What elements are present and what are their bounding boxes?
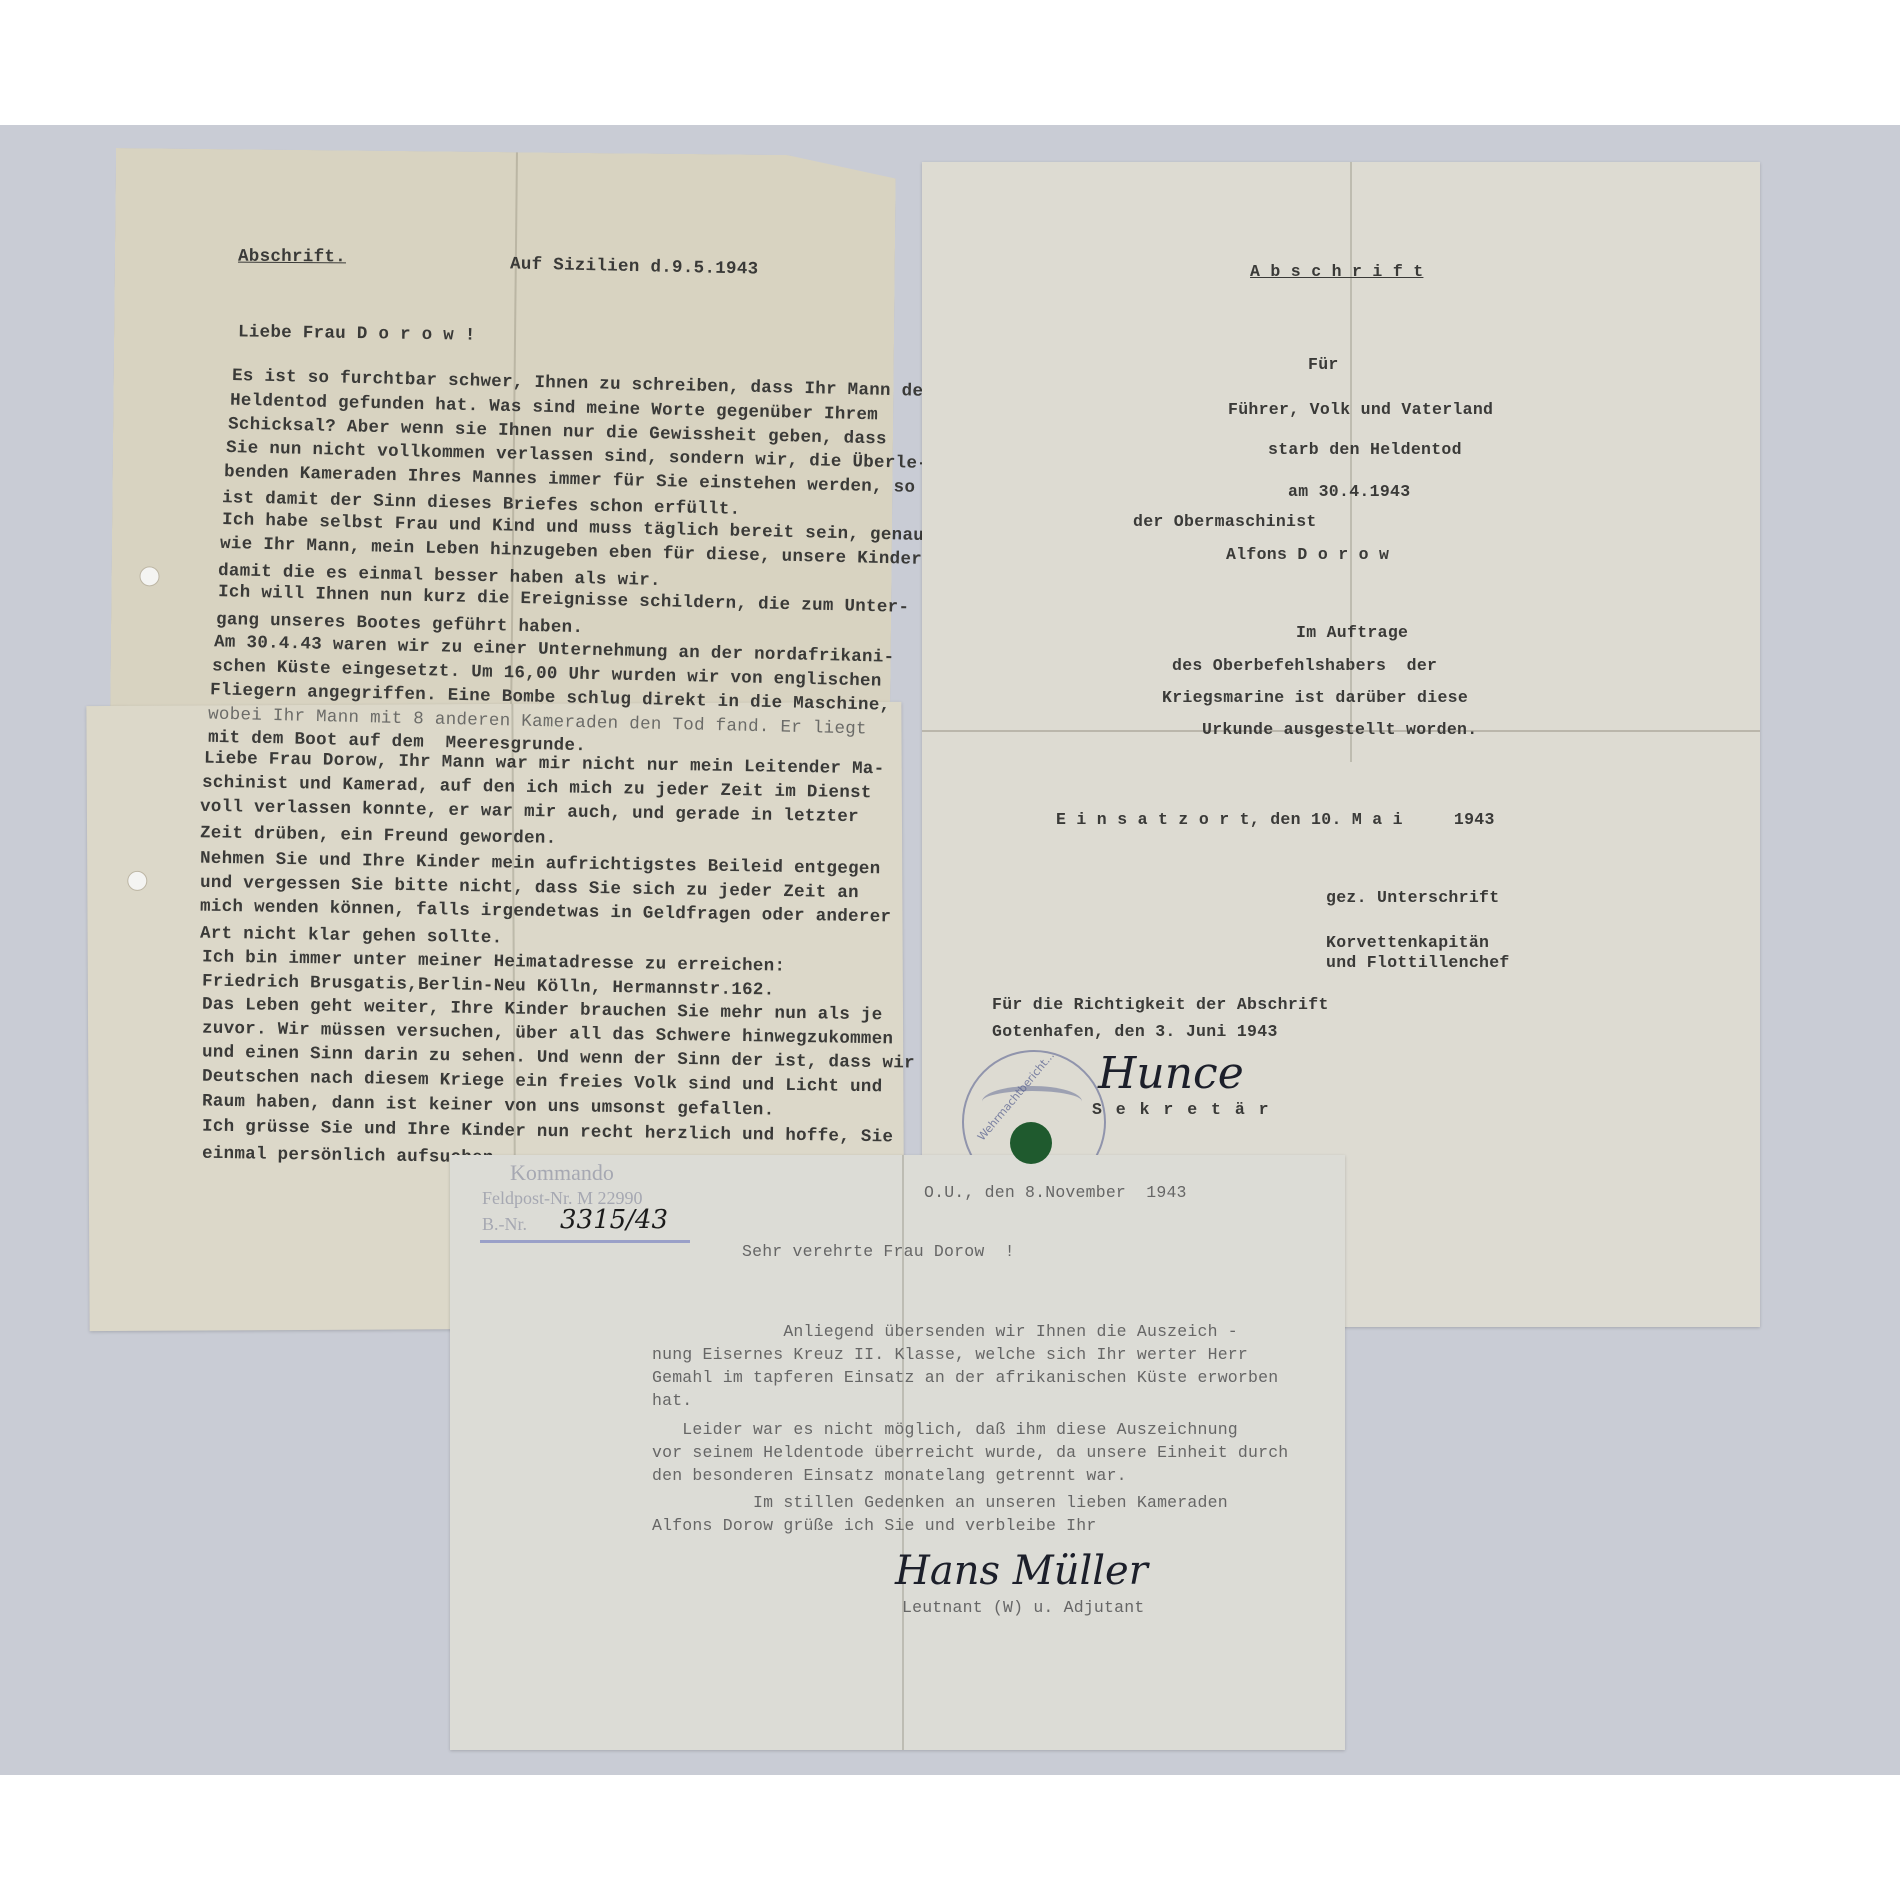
certificate-line: Für	[1308, 355, 1339, 374]
certificate-signer-rank: und Flottillenchef	[1326, 953, 1510, 972]
award-letter-place-date: O.U., den 8.November 1943	[924, 1183, 1187, 1202]
handwritten-signature: Hunce	[1098, 1048, 1244, 1099]
certificate-line: Führer, Volk und Vaterland	[1228, 400, 1493, 419]
award-letter-line: Im stillen Gedenken an unseren lieben Ka…	[652, 1493, 1228, 1512]
certificate-date-of-death: am 30.4.1943	[1288, 482, 1410, 501]
letter-line: Zeit drüben, ein Freund geworden.	[200, 821, 557, 851]
certificate-commission-line: Im Auftrage	[1296, 623, 1408, 642]
letter-heading: Abschrift.	[238, 245, 346, 270]
award-letter-line: Gemahl im tapferen Einsatz an der afrika…	[652, 1368, 1278, 1387]
award-letter-line: hat.	[652, 1391, 692, 1410]
award-letter-signer-title: Leutnant (W) u. Adjutant	[902, 1598, 1144, 1617]
certificate-signer-rank: Korvettenkapitän	[1326, 933, 1489, 952]
certificate-line: starb den Heldentod	[1268, 440, 1462, 459]
award-letter-line: nung Eisernes Kreuz II. Klasse, welche s…	[652, 1345, 1248, 1364]
reference-stamp-line: Kommando	[510, 1160, 614, 1186]
certificate-rank: der Obermaschinist	[1133, 512, 1317, 531]
certificate-place-date: E i n s a t z o r t, den 10. M a i 1943	[1056, 810, 1495, 829]
reference-stamp-line: B.-Nr.	[482, 1214, 527, 1235]
certificate-heading: A b s c h r i f t	[1250, 262, 1423, 281]
certificate-signature-note: gez. Unterschrift	[1326, 888, 1499, 907]
green-seal-dot	[1010, 1122, 1052, 1164]
award-letter-line: Leider war es nicht möglich, daß ihm die…	[652, 1420, 1238, 1439]
certificate-verification: Gotenhafen, den 3. Juni 1943	[992, 1022, 1278, 1041]
certificate-commission-line: Kriegsmarine ist darüber diese	[1162, 688, 1468, 707]
award-letter-line: Anliegend übersenden wir Ihnen die Ausze…	[652, 1322, 1238, 1341]
letter-place-date: Auf Sizilien d.9.5.1943	[510, 252, 759, 281]
certificate-commission-line: Urkunde ausgestellt worden.	[1202, 720, 1477, 739]
award-letter-salutation: Sehr verehrte Frau Dorow !	[742, 1242, 1015, 1261]
award-letter-line: den besonderen Einsatz monatelang getren…	[652, 1466, 1127, 1485]
handwritten-reference-number: 3315/43	[560, 1205, 668, 1235]
certificate-verification: Für die Richtigkeit der Abschrift	[992, 995, 1329, 1014]
certificate-signer-title: S e k r e t ä r	[1092, 1100, 1271, 1119]
letter-salutation: Liebe Frau D o r o w !	[238, 320, 476, 347]
certificate-commission-line: des Oberbefehlshabers der	[1172, 656, 1437, 675]
award-letter-line: vor seinem Heldentode überreicht wurde, …	[652, 1443, 1288, 1462]
award-letter-line: Alfons Dorow grüße ich Sie und verbleibe…	[652, 1516, 1096, 1535]
reference-underline	[480, 1240, 690, 1243]
certificate-name: Alfons D o r o w	[1226, 545, 1389, 564]
handwritten-signature: Hans Müller	[895, 1548, 1148, 1594]
